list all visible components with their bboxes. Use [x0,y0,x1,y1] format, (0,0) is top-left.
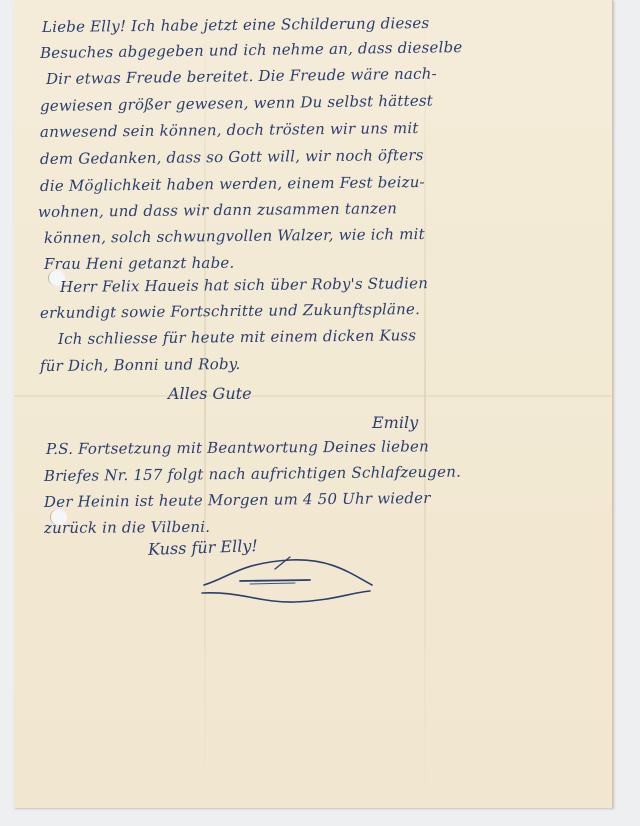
letter-line: für Dich, Bonni und Roby. [40,355,241,375]
postscript-line: P.S. Fortsetzung mit Beantwortung Deines… [46,437,429,458]
letter-signature: Emily [372,413,418,432]
paper-fold [424,0,426,808]
letter-closing: Alles Gute [168,384,252,403]
paper-fold [14,395,612,397]
lips-drawing-icon [200,555,380,605]
letter-line: Herr Felix Haueis hat sich über Roby's S… [60,274,428,296]
postscript-line: zurück in die Vilbeni. [44,518,210,537]
letter-line: Frau Heni getanzt habe. [44,254,235,273]
letter-line: Ich schliesse für heute mit einem dicken… [58,326,416,348]
letter-line: wohnen, und dass wir dann zusammen tanze… [38,199,397,221]
